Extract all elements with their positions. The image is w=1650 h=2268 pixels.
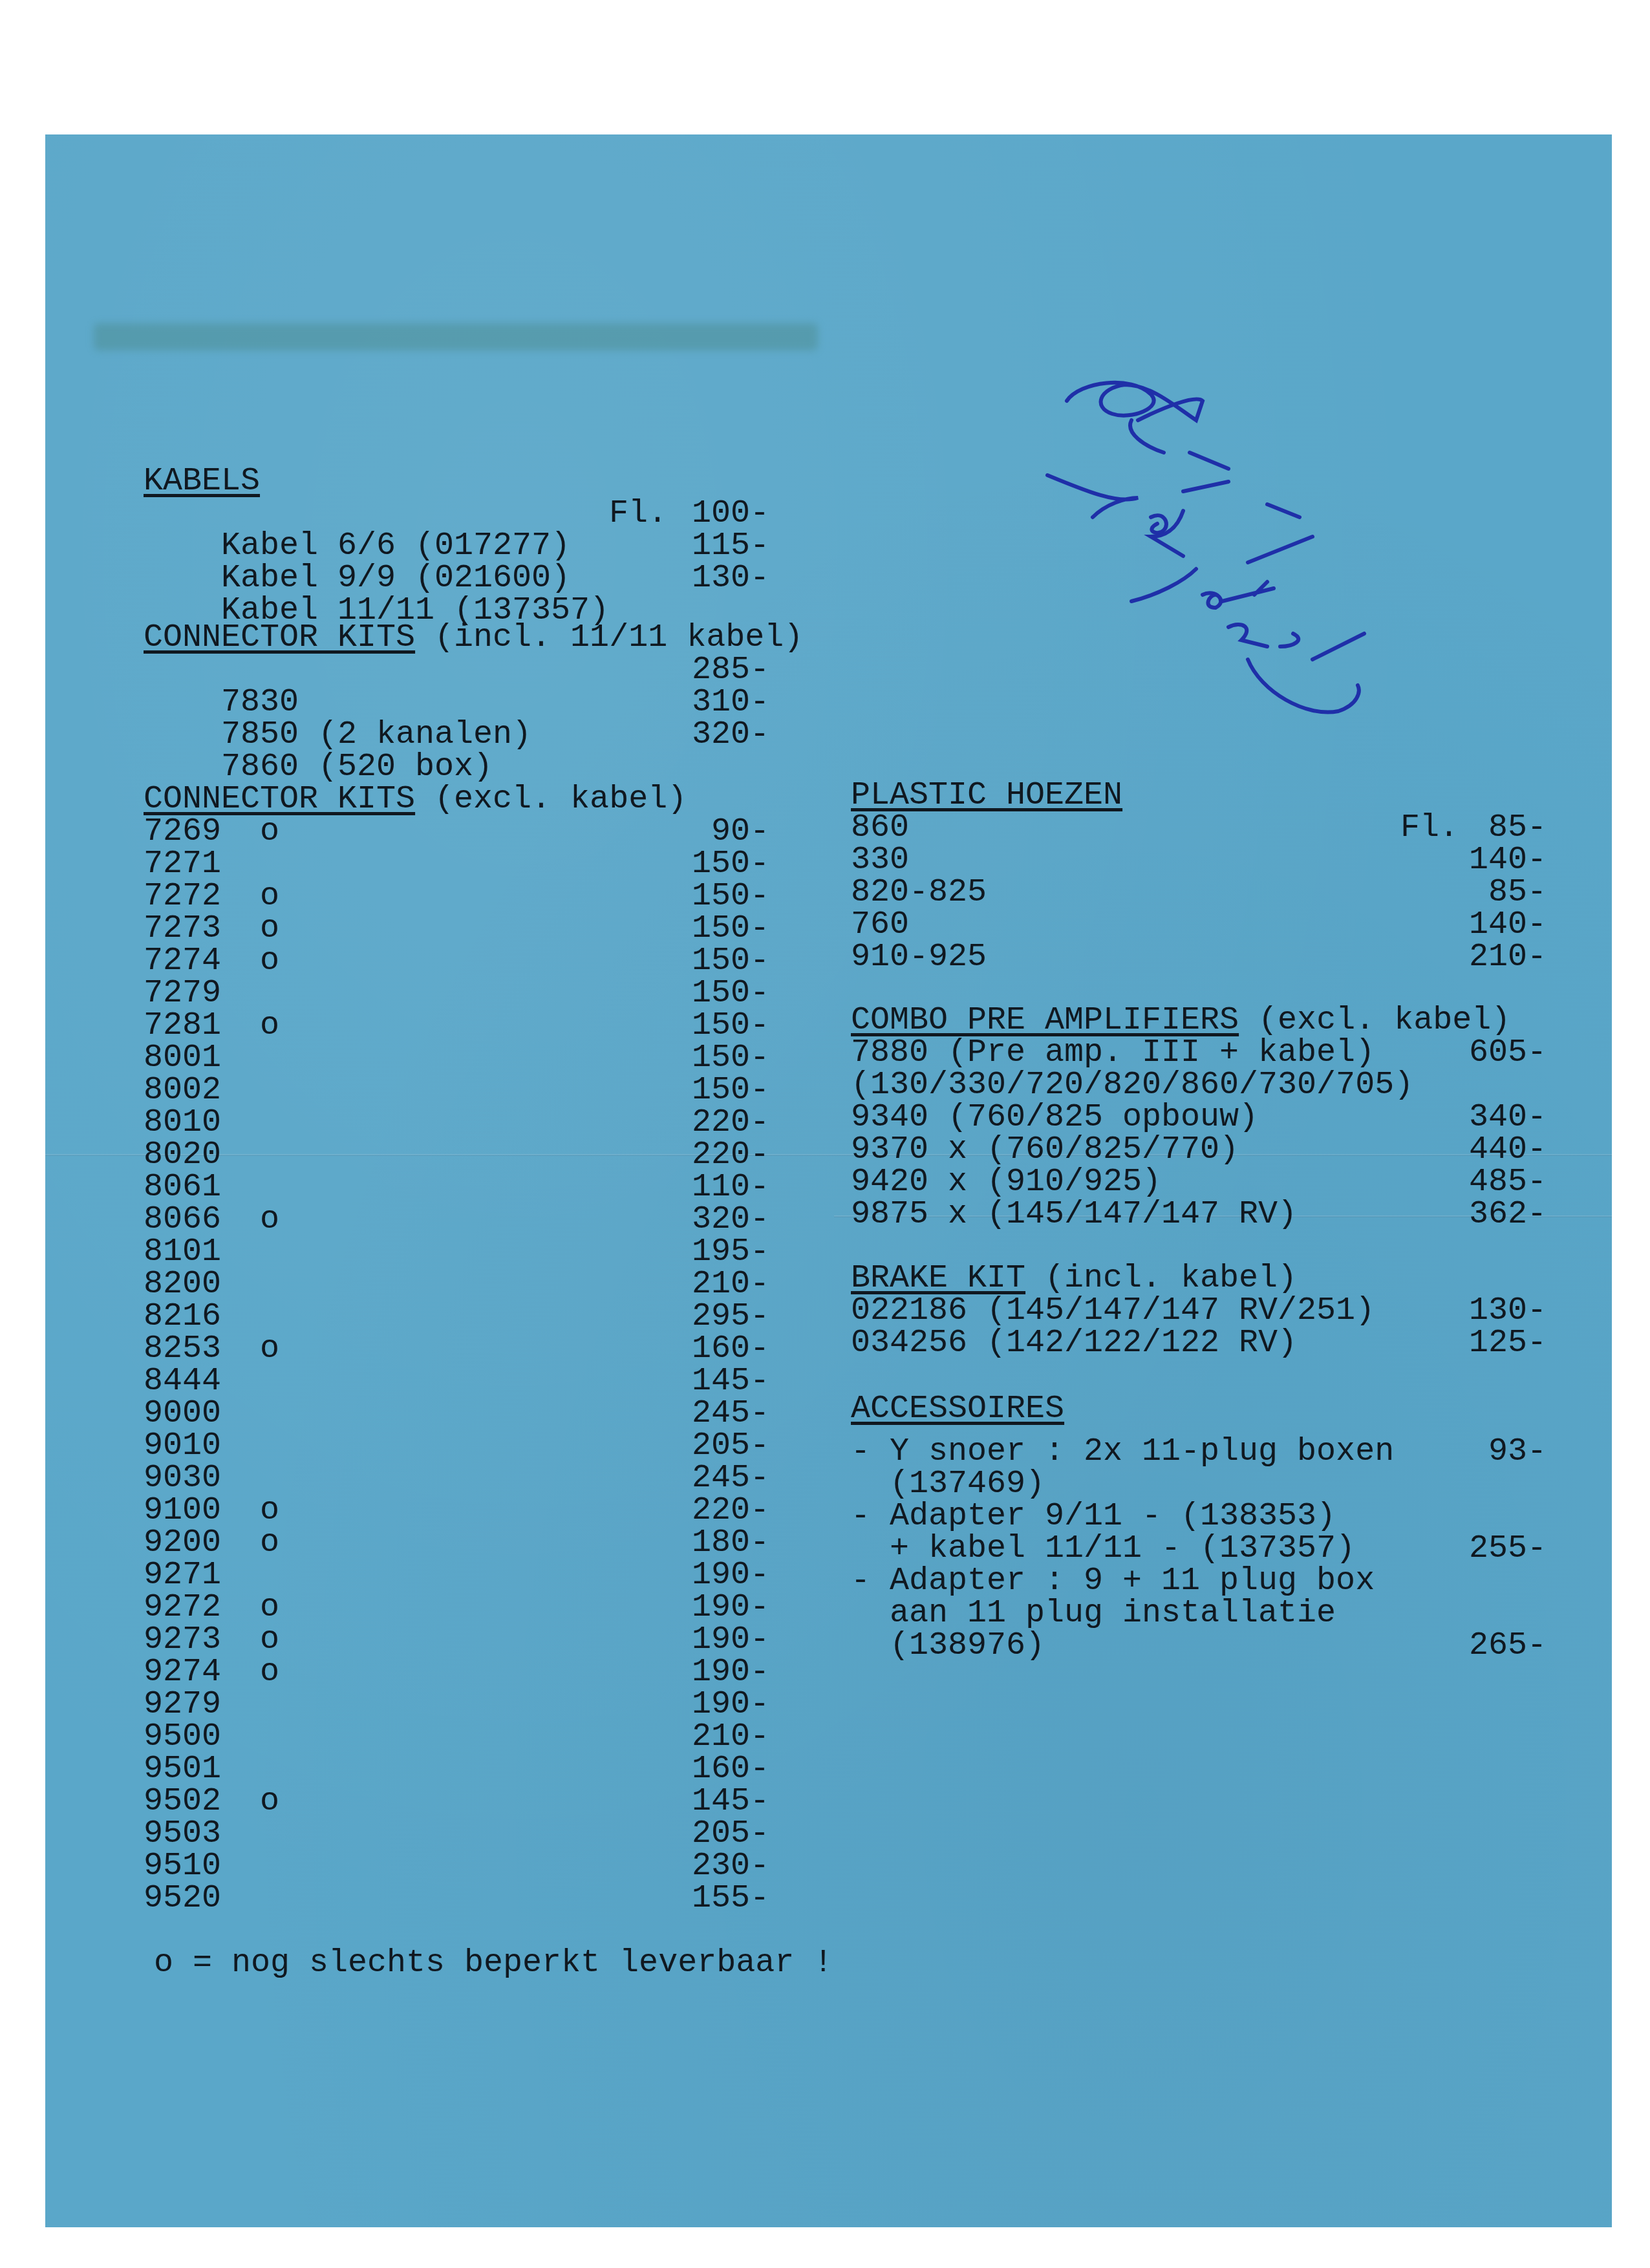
item-name: + kabel 11/11 - (137357) [851, 1530, 1355, 1567]
item-name: 9503 [144, 1815, 221, 1852]
item-price: 245- [692, 1398, 769, 1430]
item-name: 7281 [144, 1007, 221, 1044]
section-heading: ACCESSOIRES [851, 1393, 1569, 1426]
item-price: 130- [1469, 1295, 1547, 1327]
handwritten-annotation-icon [1034, 323, 1397, 737]
list-item: 760140- [851, 909, 1569, 941]
item-price: 150- [692, 881, 769, 913]
item-price: 485- [1469, 1166, 1547, 1199]
list-item: 7272o150- [144, 881, 790, 913]
list-item: 8061110- [144, 1171, 790, 1204]
list-item: 7279150- [144, 978, 790, 1010]
item-price: 155- [692, 1883, 769, 1915]
item-price: 150- [692, 1042, 769, 1075]
item-price: 210- [1469, 941, 1547, 974]
list-item: aan 11 plug installatie [851, 1598, 1569, 1630]
section-connector-kits-incl: CONNECTOR KITS (incl. 11/11 kabel) 7830 … [144, 622, 790, 751]
list-item: 8253o160- [144, 1333, 790, 1365]
item-price: 195- [692, 1236, 769, 1268]
list-item: 8101195- [144, 1236, 790, 1268]
item-price: 265- [1469, 1630, 1547, 1662]
item-price: 190- [692, 1656, 769, 1689]
list-item: (137469) [851, 1468, 1569, 1501]
item-name: 9010 [144, 1428, 221, 1464]
item-price: 190- [692, 1689, 769, 1721]
limited-availability-marker: o [260, 1204, 279, 1236]
item-price: 150- [692, 1075, 769, 1107]
item-name: 9340 (760/825 opbouw) [851, 1099, 1258, 1136]
list-item: 9420 x (910/925)485- [851, 1166, 1569, 1199]
list-item: 9520155- [144, 1883, 790, 1915]
item-name: 9271 [144, 1557, 221, 1594]
limited-availability-marker: o [260, 881, 279, 913]
list-item: 7830 285- [144, 654, 790, 687]
section-accessoires: ACCESSOIRES - Y snoer : 2x 11-plug boxen… [851, 1393, 1569, 1662]
list-item: 7269o90- [144, 816, 790, 848]
item-price: 85- [1488, 812, 1547, 844]
item-price: 150- [692, 978, 769, 1010]
item-name: 8066 [144, 1201, 221, 1238]
list-item: 7880 (Pre amp. III + kabel)605- [851, 1037, 1569, 1069]
list-item: 9501160- [144, 1753, 790, 1786]
list-item: 7281o150- [144, 1010, 790, 1042]
item-name: 9200 [144, 1524, 221, 1561]
list-item: 9010205- [144, 1430, 790, 1462]
item-name: aan 11 plug installatie [851, 1595, 1336, 1632]
item-price: 285- [692, 654, 769, 687]
item-price: 340- [1469, 1102, 1547, 1134]
list-item: 022186 (145/147/147 RV/251)130- [851, 1295, 1569, 1327]
item-name: 8200 [144, 1266, 221, 1303]
list-item: - Y snoer : 2x 11-plug boxen93- [851, 1436, 1569, 1468]
limited-availability-marker: o [260, 945, 279, 978]
item-price: 362- [1469, 1199, 1547, 1231]
item-price: 205- [692, 1430, 769, 1462]
item-price: 160- [692, 1753, 769, 1786]
item-price: 190- [692, 1559, 769, 1592]
list-item: 9500210- [144, 1721, 790, 1753]
item-price: 220- [692, 1495, 769, 1527]
currency-label: Fl. [609, 498, 667, 530]
item-price: 160- [692, 1333, 769, 1365]
item-name: 9274 [144, 1654, 221, 1691]
list-item: 9503205- [144, 1818, 790, 1850]
item-price: 180- [692, 1527, 769, 1559]
faded-letterhead [94, 323, 818, 350]
list-item: Kabel 6/6 (017277) Fl. 100- [144, 498, 790, 530]
limited-availability-marker: o [260, 913, 279, 945]
list-item: (130/330/720/820/860/730/705) [851, 1069, 1569, 1102]
list-item: 7273o150- [144, 913, 790, 945]
item-price: 245- [692, 1462, 769, 1495]
limited-availability-marker: o [260, 1495, 279, 1527]
list-item: 9502o145- [144, 1786, 790, 1818]
item-price: 140- [1469, 909, 1547, 941]
item-price: 190- [692, 1592, 769, 1624]
item-name: 760 [851, 906, 909, 943]
item-name: 8061 [144, 1169, 221, 1206]
item-price: 320- [692, 719, 769, 751]
item-price: 210- [692, 1721, 769, 1753]
item-price: 150- [692, 848, 769, 881]
list-item: 8020220- [144, 1139, 790, 1171]
item-price: 255- [1469, 1533, 1547, 1565]
item-price: 90- [711, 816, 769, 848]
footnote-limited-availability: o = nog slechts beperkt leverbaar ! [154, 1947, 833, 1980]
section-heading: CONNECTOR KITS (excl. kabel) [144, 784, 790, 816]
item-name: 330 [851, 842, 909, 879]
item-name: 7271 [144, 846, 221, 883]
list-item: 034256 (142/122/122 RV)125- [851, 1327, 1569, 1360]
item-price: 115- [692, 530, 769, 562]
item-name: 034256 (142/122/122 RV) [851, 1325, 1297, 1362]
item-name: - Adapter : 9 + 11 plug box [851, 1563, 1375, 1599]
item-price: 220- [692, 1107, 769, 1139]
item-name: 8001 [144, 1040, 221, 1076]
list-item: 9510230- [144, 1850, 790, 1883]
item-price: 145- [692, 1365, 769, 1398]
list-item: 910-925210- [851, 941, 1569, 974]
item-price: 150- [692, 945, 769, 978]
list-item: 9875 x (145/147/147 RV)362- [851, 1199, 1569, 1231]
list-item: 86085-Fl. [851, 812, 1569, 844]
list-item: 7850 (2 kanalen) 310- [144, 687, 790, 719]
section-heading: KABELS [144, 465, 790, 498]
item-price: 150- [692, 913, 769, 945]
section-heading: PLASTIC HOEZEN [851, 780, 1569, 812]
item-price: 125- [1469, 1327, 1547, 1360]
list-item: 8066o320- [144, 1204, 790, 1236]
item-price: 320- [692, 1204, 769, 1236]
item-name: (130/330/720/820/860/730/705) [851, 1067, 1413, 1104]
list-item: 8001150- [144, 1042, 790, 1075]
item-name: (138976) [851, 1627, 1045, 1664]
item-name: 9370 x (760/825/770) [851, 1131, 1239, 1168]
item-name: 9273 [144, 1621, 221, 1658]
list-item: 8002150- [144, 1075, 790, 1107]
item-name: 9875 x (145/147/147 RV) [851, 1196, 1297, 1233]
item-name: 7273 [144, 910, 221, 947]
list-item: Kabel 11/11 (137357) 130- [144, 562, 790, 595]
list-item: 8200210- [144, 1268, 790, 1301]
item-name: 7279 [144, 975, 221, 1012]
list-item: 9030245- [144, 1462, 790, 1495]
list-item: 820-82585- [851, 877, 1569, 909]
item-name: 9279 [144, 1686, 221, 1723]
item-name: 9030 [144, 1460, 221, 1497]
list-item: 8010220- [144, 1107, 790, 1139]
item-price: 230- [692, 1850, 769, 1883]
list-item: 9000245- [144, 1398, 790, 1430]
section-heading: BRAKE KIT (incl. kabel) [851, 1263, 1569, 1295]
item-price: 295- [692, 1301, 769, 1333]
limited-availability-marker: o [260, 1656, 279, 1689]
item-name: 9501 [144, 1751, 221, 1788]
item-name: 022186 (145/147/147 RV/251) [851, 1292, 1375, 1329]
section-heading: CONNECTOR KITS (incl. 11/11 kabel) [144, 622, 790, 654]
list-item: + kabel 11/11 - (137357)255- [851, 1533, 1569, 1565]
item-name: 7269 [144, 813, 221, 850]
list-item: 9272o190- [144, 1592, 790, 1624]
item-name: 9100 [144, 1492, 221, 1529]
list-item: 9340 (760/825 opbouw)340- [851, 1102, 1569, 1134]
item-name: 7272 [144, 878, 221, 915]
list-item: 9370 x (760/825/770)440- [851, 1134, 1569, 1166]
list-item: 9279190- [144, 1689, 790, 1721]
item-name: 8101 [144, 1234, 221, 1270]
list-item: 9273o190- [144, 1624, 790, 1656]
item-price: 93- [1488, 1436, 1547, 1468]
list-item: 9200o180- [144, 1527, 790, 1559]
item-name: 9272 [144, 1589, 221, 1626]
item-price: 140- [1469, 844, 1547, 877]
list-item: 9274o190- [144, 1656, 790, 1689]
list-item: 8444145- [144, 1365, 790, 1398]
limited-availability-marker: o [260, 1592, 279, 1624]
item-price: 605- [1469, 1037, 1547, 1069]
item-name: 8010 [144, 1104, 221, 1141]
list-item: 9100o220- [144, 1495, 790, 1527]
section-kabels: KABELS Kabel 6/6 (017277) Fl. 100- Kabel… [144, 465, 790, 595]
item-name: - Y snoer : 2x 11-plug boxen [851, 1433, 1394, 1470]
list-item: - Adapter : 9 + 11 plug box [851, 1565, 1569, 1598]
currency-label: Fl. [1400, 812, 1459, 844]
item-name: 9500 [144, 1718, 221, 1755]
item-name: 8020 [144, 1137, 221, 1173]
item-name: 8444 [144, 1363, 221, 1400]
list-item: 8216295- [144, 1301, 790, 1333]
item-name: 8253 [144, 1331, 221, 1367]
item-price: 440- [1469, 1134, 1547, 1166]
list-item: Kabel 9/9 (021600) 115- [144, 530, 790, 562]
list-item: 9271190- [144, 1559, 790, 1592]
item-price: 100- [692, 498, 769, 530]
limited-availability-marker: o [260, 1786, 279, 1818]
item-price: 110- [692, 1171, 769, 1204]
item-price: 190- [692, 1624, 769, 1656]
item-price: 210- [692, 1268, 769, 1301]
limited-availability-marker: o [260, 1624, 279, 1656]
item-price: 220- [692, 1139, 769, 1171]
item-price: 145- [692, 1786, 769, 1818]
item-name: 9510 [144, 1848, 221, 1885]
limited-availability-marker: o [260, 1333, 279, 1365]
section-connector-kits-excl: CONNECTOR KITS (excl. kabel) 7269o90-727… [144, 784, 790, 1915]
limited-availability-marker: o [260, 1010, 279, 1042]
section-brake-kit: BRAKE KIT (incl. kabel) 022186 (145/147/… [851, 1263, 1569, 1360]
item-name: 7274 [144, 943, 221, 979]
item-name: 9520 [144, 1880, 221, 1917]
item-name: 9000 [144, 1395, 221, 1432]
item-name: 7880 (Pre amp. III + kabel) [851, 1034, 1375, 1071]
item-name: 9502 [144, 1783, 221, 1820]
limited-availability-marker: o [260, 1527, 279, 1559]
item-name: (137469) [851, 1466, 1045, 1503]
list-item: (138976)265- [851, 1630, 1569, 1662]
limited-availability-marker: o [260, 816, 279, 848]
list-item: 7271150- [144, 848, 790, 881]
list-item: 7274o150- [144, 945, 790, 978]
section-combo-pre-amplifiers: COMBO PRE AMPLIFIERS (excl. kabel) 7880 … [851, 1005, 1569, 1231]
item-name: 860 [851, 809, 909, 846]
item-price: 150- [692, 1010, 769, 1042]
item-price: 205- [692, 1818, 769, 1850]
item-price: 310- [692, 687, 769, 719]
item-price: 130- [692, 562, 769, 595]
list-item: 330140- [851, 844, 1569, 877]
list-item: 7860 (520 box) 320- [144, 719, 790, 751]
section-heading: COMBO PRE AMPLIFIERS (excl. kabel) [851, 1005, 1569, 1037]
item-price: 85- [1488, 877, 1547, 909]
section-plastic-hoezen: PLASTIC HOEZEN 86085-Fl.330140-820-82585… [851, 780, 1569, 974]
list-item: - Adapter 9/11 - (138353) [851, 1501, 1569, 1533]
item-name: 820-825 [851, 874, 987, 911]
item-name: - Adapter 9/11 - (138353) [851, 1498, 1336, 1535]
item-name: 7860 (520 box) [221, 749, 493, 786]
item-name: 910-925 [851, 939, 987, 976]
item-name: 9420 x (910/925) [851, 1164, 1161, 1201]
item-name: 8002 [144, 1072, 221, 1109]
item-name: 8216 [144, 1298, 221, 1335]
